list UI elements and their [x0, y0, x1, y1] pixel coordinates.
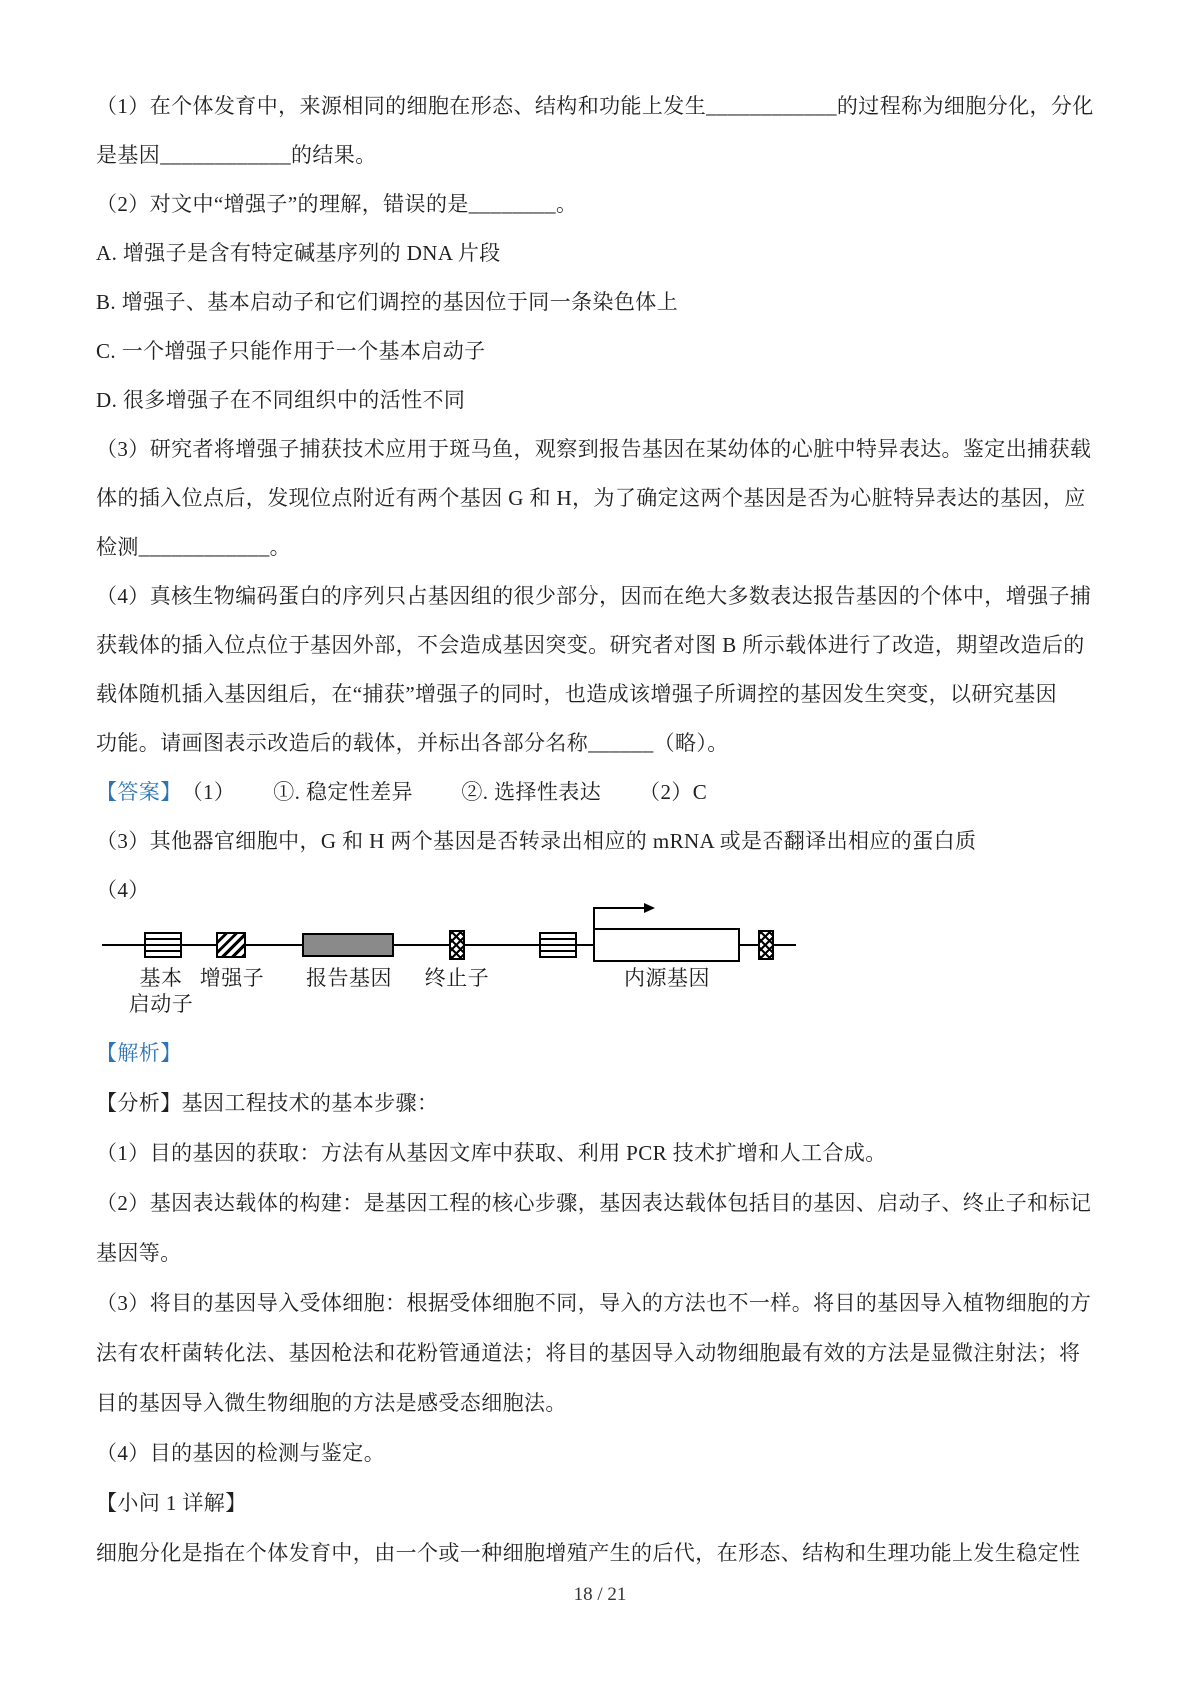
question-line: 检测____________。 [96, 521, 1106, 570]
transcription-arrow-stem [593, 907, 595, 928]
question-line: （3）研究者将增强子捕获技术应用于斑马鱼，观察到报告基因在某幼体的心脏中特异表达… [96, 423, 1106, 472]
enhancer-label: 增强子 [187, 965, 277, 991]
transcription-arrow-head [644, 903, 655, 913]
analysis-block: 【分析】基因工程技术的基本步骤： （1）目的基因的获取：方法有从基因文库中获取、… [96, 1077, 1106, 1577]
answer-line-2: （3）其他器官细胞中，G 和 H 两个基因是否转录出相应的 mRNA 或是否翻译… [96, 815, 1106, 864]
question-line: 体的插入位点后，发现位点附近有两个基因 G 和 H，为了确定这两个基因是否为心脏… [96, 472, 1106, 521]
question-line: （1）在个体发育中，来源相同的细胞在形态、结构和功能上发生___________… [96, 80, 1106, 129]
question-line: B. 增强子、基本启动子和它们调控的基因位于同一条染色体上 [96, 276, 1106, 325]
question-line: 功能。请画图表示改造后的载体，并标出各部分名称______（略）。 [96, 717, 1106, 766]
question-line: C. 一个增强子只能作用于一个基本启动子 [96, 325, 1106, 374]
analysis-line: （3）将目的基因导入受体细胞：根据受体细胞不同，导入的方法也不一样。将目的基因导… [96, 1277, 1106, 1327]
analysis-line: 【小问 1 详解】 [96, 1477, 1106, 1527]
analysis-line: （2）基因表达载体的构建：是基因工程的核心步骤，基因表达载体包括目的基因、启动子… [96, 1177, 1106, 1227]
enhancer-box [216, 932, 246, 958]
document-page: （1）在个体发育中，来源相同的细胞在形态、结构和功能上发生___________… [0, 0, 1200, 1697]
question-line: （2）对文中“增强子”的理解，错误的是________。 [96, 178, 1106, 227]
basic-promoter-box-2 [539, 932, 577, 958]
analysis-line: 基因等。 [96, 1227, 1106, 1277]
question-line: 是基因____________的结果。 [96, 129, 1106, 178]
terminator-label: 终止子 [412, 965, 502, 991]
question-line: 载体随机插入基因组后，在“捕获”增强子的同时，也造成该增强子所调控的基因发生突变… [96, 668, 1106, 717]
answer-label: 【答案】 [96, 776, 182, 806]
page-number: 18 / 21 [0, 1584, 1200, 1606]
vector-construct-diagram: 基本 启动子 增强子 报告基因 终止子 内源基因 [96, 915, 1106, 1027]
analysis-line: （1）目的基因的获取：方法有从基因文库中获取、利用 PCR 技术扩增和人工合成。 [96, 1127, 1106, 1177]
analysis-line: 【分析】基因工程技术的基本步骤： [96, 1077, 1106, 1127]
terminator-box-2 [758, 930, 774, 960]
analysis-line: 细胞分化是指在个体发育中，由一个或一种细胞增殖产生的后代，在形态、结构和生理功能… [96, 1527, 1106, 1577]
basic-promoter-box [144, 932, 182, 958]
document-body: （1）在个体发育中，来源相同的细胞在形态、结构和功能上发生___________… [96, 80, 1106, 1577]
analysis-line: （4）目的基因的检测与鉴定。 [96, 1427, 1106, 1477]
question-line: A. 增强子是含有特定碱基序列的 DNA 片段 [96, 227, 1106, 276]
endogenous-gene-label: 内源基因 [617, 965, 717, 991]
answer-line-3: （4） [96, 864, 1106, 913]
analysis-line: 目的基因导入微生物细胞的方法是感受态细胞法。 [96, 1377, 1106, 1427]
question-block: （1）在个体发育中，来源相同的细胞在形态、结构和功能上发生___________… [96, 80, 1106, 766]
question-line: D. 很多增强子在不同组织中的活性不同 [96, 374, 1106, 423]
question-line: （4）真核生物编码蛋白的序列只占基因组的很少部分，因而在绝大多数表达报告基因的个… [96, 570, 1106, 619]
endogenous-gene-box [593, 928, 740, 962]
terminator-box [449, 930, 465, 960]
analysis-line: 法有农杆菌转化法、基因枪法和花粉管通道法；将目的基因导入动物细胞最有效的方法是显… [96, 1327, 1106, 1377]
reporter-gene-box [302, 933, 394, 957]
jiexi-label: 【解析】 [96, 1027, 1106, 1077]
reporter-gene-label: 报告基因 [299, 965, 399, 991]
transcription-arrow-shaft [593, 907, 645, 909]
answer-line-1-text: （1） ①. 稳定性差异 ②. 选择性表达 （2）C [182, 776, 708, 806]
answer-line-1: 【答案】（1） ①. 稳定性差异 ②. 选择性表达 （2）C [96, 766, 1106, 815]
question-line: 获载体的插入位点位于基因外部，不会造成基因突变。研究者对图 B 所示载体进行了改… [96, 619, 1106, 668]
